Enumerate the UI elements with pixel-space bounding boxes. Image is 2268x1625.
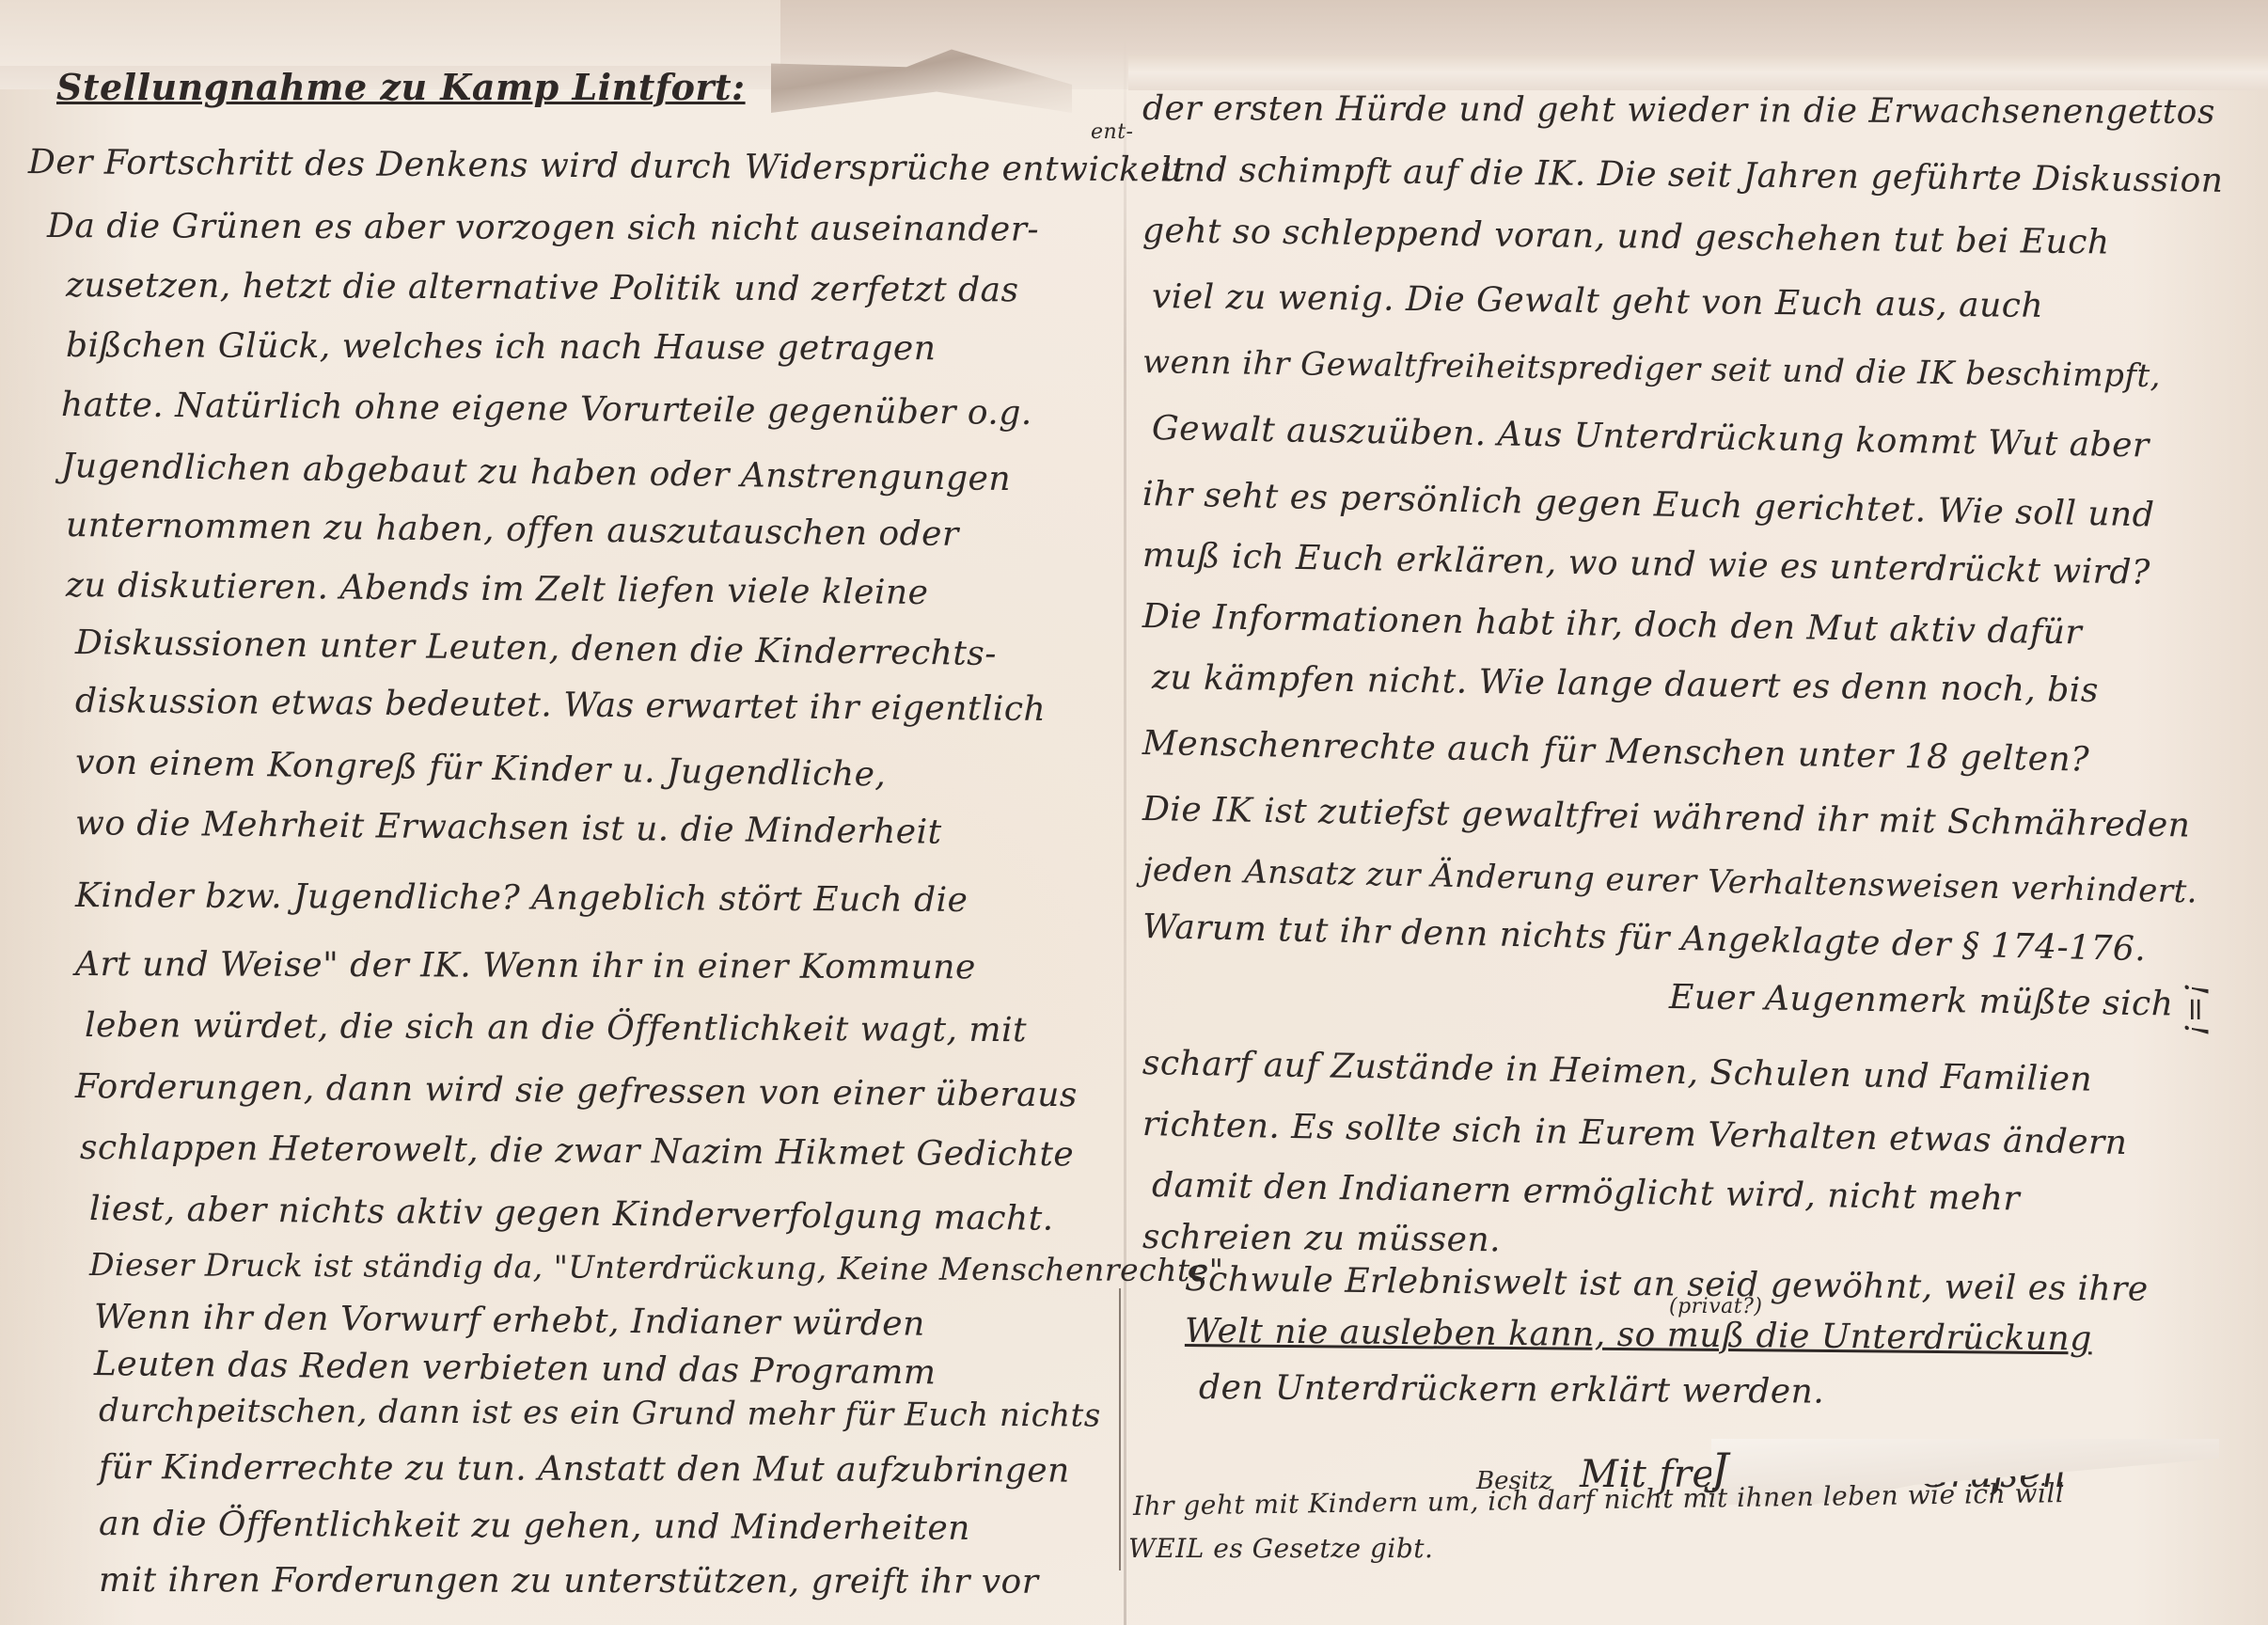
inline-note: (privat?) <box>1669 1295 1762 1318</box>
letter-line: Euer Augenmerk müßte sich <box>1669 978 2174 1023</box>
letter-line: bißchen Glück, welches ich nach Hause ge… <box>66 326 937 368</box>
letter-line: Art und Weise" der IK. Wenn ihr in einer… <box>75 945 976 986</box>
letter-line-underlined: Welt nie ausleben kann, so muß die Unter… <box>1185 1312 2092 1358</box>
letter-title: Stellungnahme zu Kamp Lintfort: <box>56 66 746 108</box>
letter-line: mit ihren Forderungen zu unterstützen, g… <box>99 1561 1039 1601</box>
letter-line: schreien zu müssen. <box>1142 1218 1501 1259</box>
center-fold-crease <box>1124 38 1126 1625</box>
letter-line: Wenn ihr den Vorwurf erhebt, Indianer wü… <box>94 1298 925 1344</box>
letter-line: Kinder bzw. Jugendliche? Angeblich stört… <box>75 876 969 920</box>
letter-line: durchpeitschen, dann ist es ein Grund me… <box>99 1392 1101 1435</box>
superscript-note: ent- <box>1091 120 1133 144</box>
top-fold-ridge <box>1128 55 2268 90</box>
letter-line: den Unterdrückern erklärt werden. <box>1199 1368 1825 1412</box>
column-divider-line <box>1119 1288 1121 1570</box>
letter-line: zusetzen, hetzt die alternative Politik … <box>66 266 1019 309</box>
letter-line: schlappen Heterowelt, die zwar Nazim Hik… <box>80 1128 1074 1174</box>
letter-line: Der Fortschritt des Denkens wird durch W… <box>28 143 1186 190</box>
postscript-line-2: WEIL es Gesetze gibt. <box>1128 1533 1433 1564</box>
letter-line: für Kinderrechte zu tun. Anstatt den Mut… <box>99 1448 1070 1491</box>
letter-line: zu diskutieren. Abends im Zelt liefen vi… <box>66 566 929 612</box>
letter-line: Dieser Druck ist ständig da, "Unterdrück… <box>89 1246 1224 1288</box>
letter-line: leben würdet, die sich an die Öffentlich… <box>85 1006 1027 1049</box>
letter-line: der ersten Hürde und geht wieder in die … <box>1142 89 2215 132</box>
top-fold-left-flap <box>0 0 780 66</box>
margin-mark: !=! <box>2177 983 2214 1036</box>
letter-line: an die Öffentlichkeit zu gehen, und Mind… <box>99 1505 970 1548</box>
letter-line: Da die Grünen es aber vorzogen sich nich… <box>47 207 1039 249</box>
